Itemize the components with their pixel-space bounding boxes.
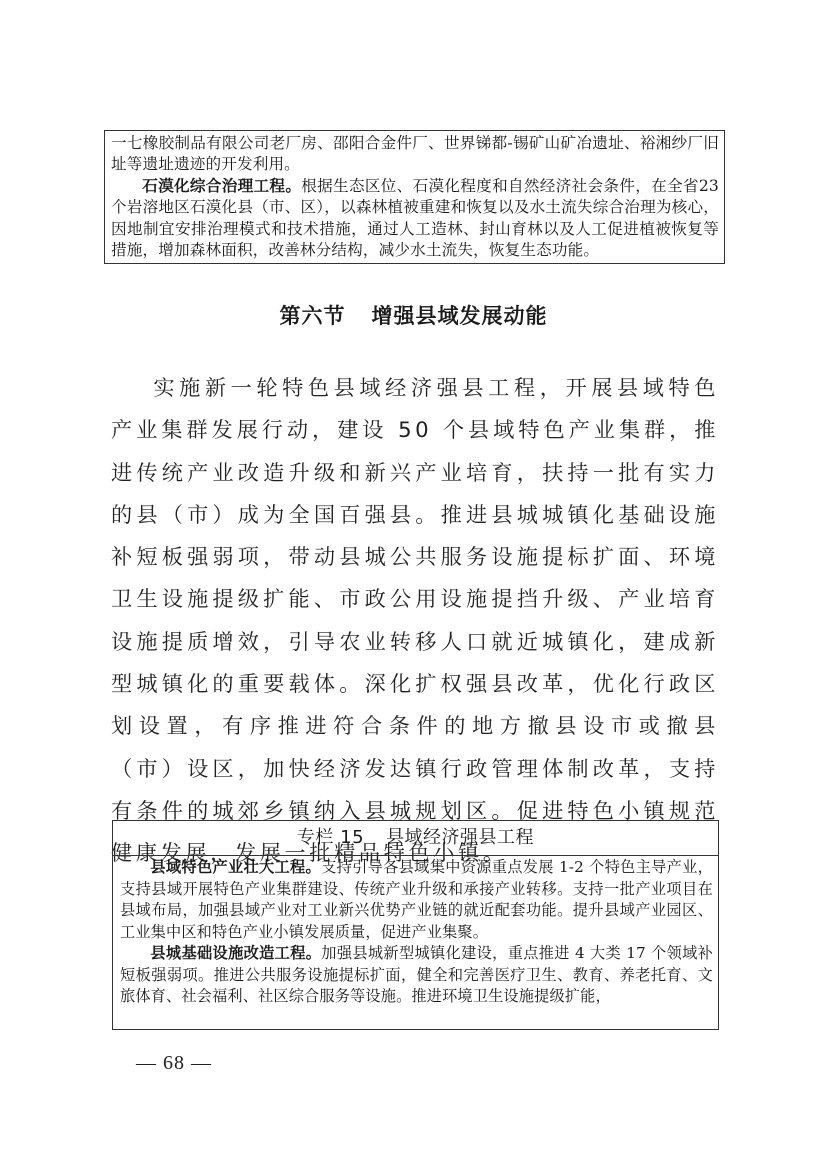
column-box-body: 县域特色产业壮大工程。支持引导各县域集中资源重点发展 1-2 个特色主导产业，支… [113, 856, 718, 1008]
project-item-title: 县域特色产业壮大工程。 [150, 858, 321, 876]
project-box-continued: 一七橡胶制品有限公司老厂房、邵阳合金件厂、世界锑都-锡矿山矿冶遗址、裕湘纱厂旧址… [104, 130, 725, 264]
project-item: 县域特色产业壮大工程。支持引导各县域集中资源重点发展 1-2 个特色主导产业，支… [120, 857, 713, 943]
continued-text: 一七橡胶制品有限公司老厂房、邵阳合金件厂、世界锑都-锡矿山矿冶遗址、裕湘纱厂旧址… [111, 133, 719, 176]
project-item-title: 县城基础设施改造工程。 [150, 944, 321, 962]
column-title: 县域经济强县工程 [386, 827, 534, 848]
page-number: — 68 — [136, 1052, 212, 1075]
column-label: 专栏 15 [297, 827, 364, 848]
body-paragraph: 实施新一轮特色县域经济强县工程，开展县域特色产业集群发展行动，建设 50 个县域… [111, 367, 719, 875]
project-item-title: 石漠化综合治理工程。 [142, 177, 301, 195]
project-item: 县城基础设施改造工程。加强县城新型城镇化建设，重点推进 4 大类 17 个领域补… [120, 943, 713, 1008]
section-number: 第六节 [280, 304, 346, 328]
column-box-15: 专栏 15县域经济强县工程 县域特色产业壮大工程。支持引导各县域集中资源重点发展… [112, 820, 719, 1030]
section-heading: 第六节增强县域发展动能 [0, 300, 827, 330]
project-item-rocky-desertification: 石漠化综合治理工程。根据生态区位、石漠化程度和自然经济社会条件，在全省23个岩溶… [111, 176, 719, 262]
section-title: 增强县域发展动能 [372, 304, 548, 328]
column-box-header: 专栏 15县域经济强县工程 [113, 821, 718, 856]
